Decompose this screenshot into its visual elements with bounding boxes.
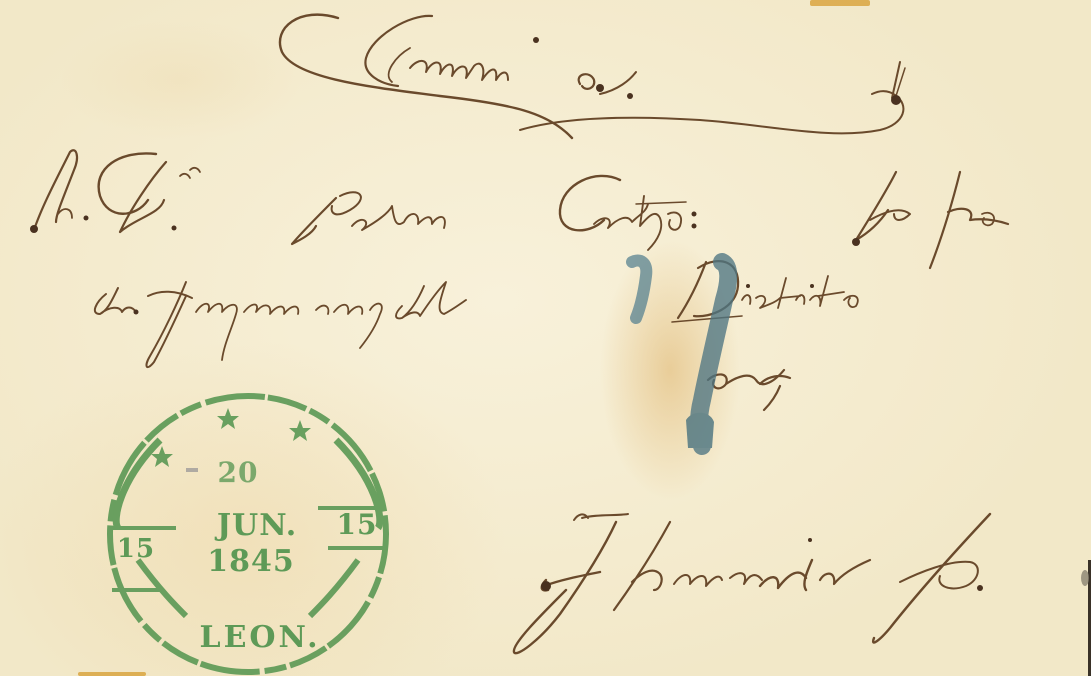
postmark-year: 1845	[186, 544, 316, 579]
postmark-town: LEON.	[180, 620, 340, 655]
envelope-edge-mark	[1081, 570, 1089, 586]
postmark-month: JUN.	[182, 508, 332, 543]
postmark-layer	[0, 0, 1091, 676]
postmark-date-top: 20	[208, 456, 268, 489]
postmark-right-value: 15	[330, 508, 384, 541]
postmark-left-value: 15	[112, 534, 160, 564]
envelope-cover: 20 JUN. 1845 15 15 LEON. Caminos. Sr. D.…	[0, 0, 1091, 676]
